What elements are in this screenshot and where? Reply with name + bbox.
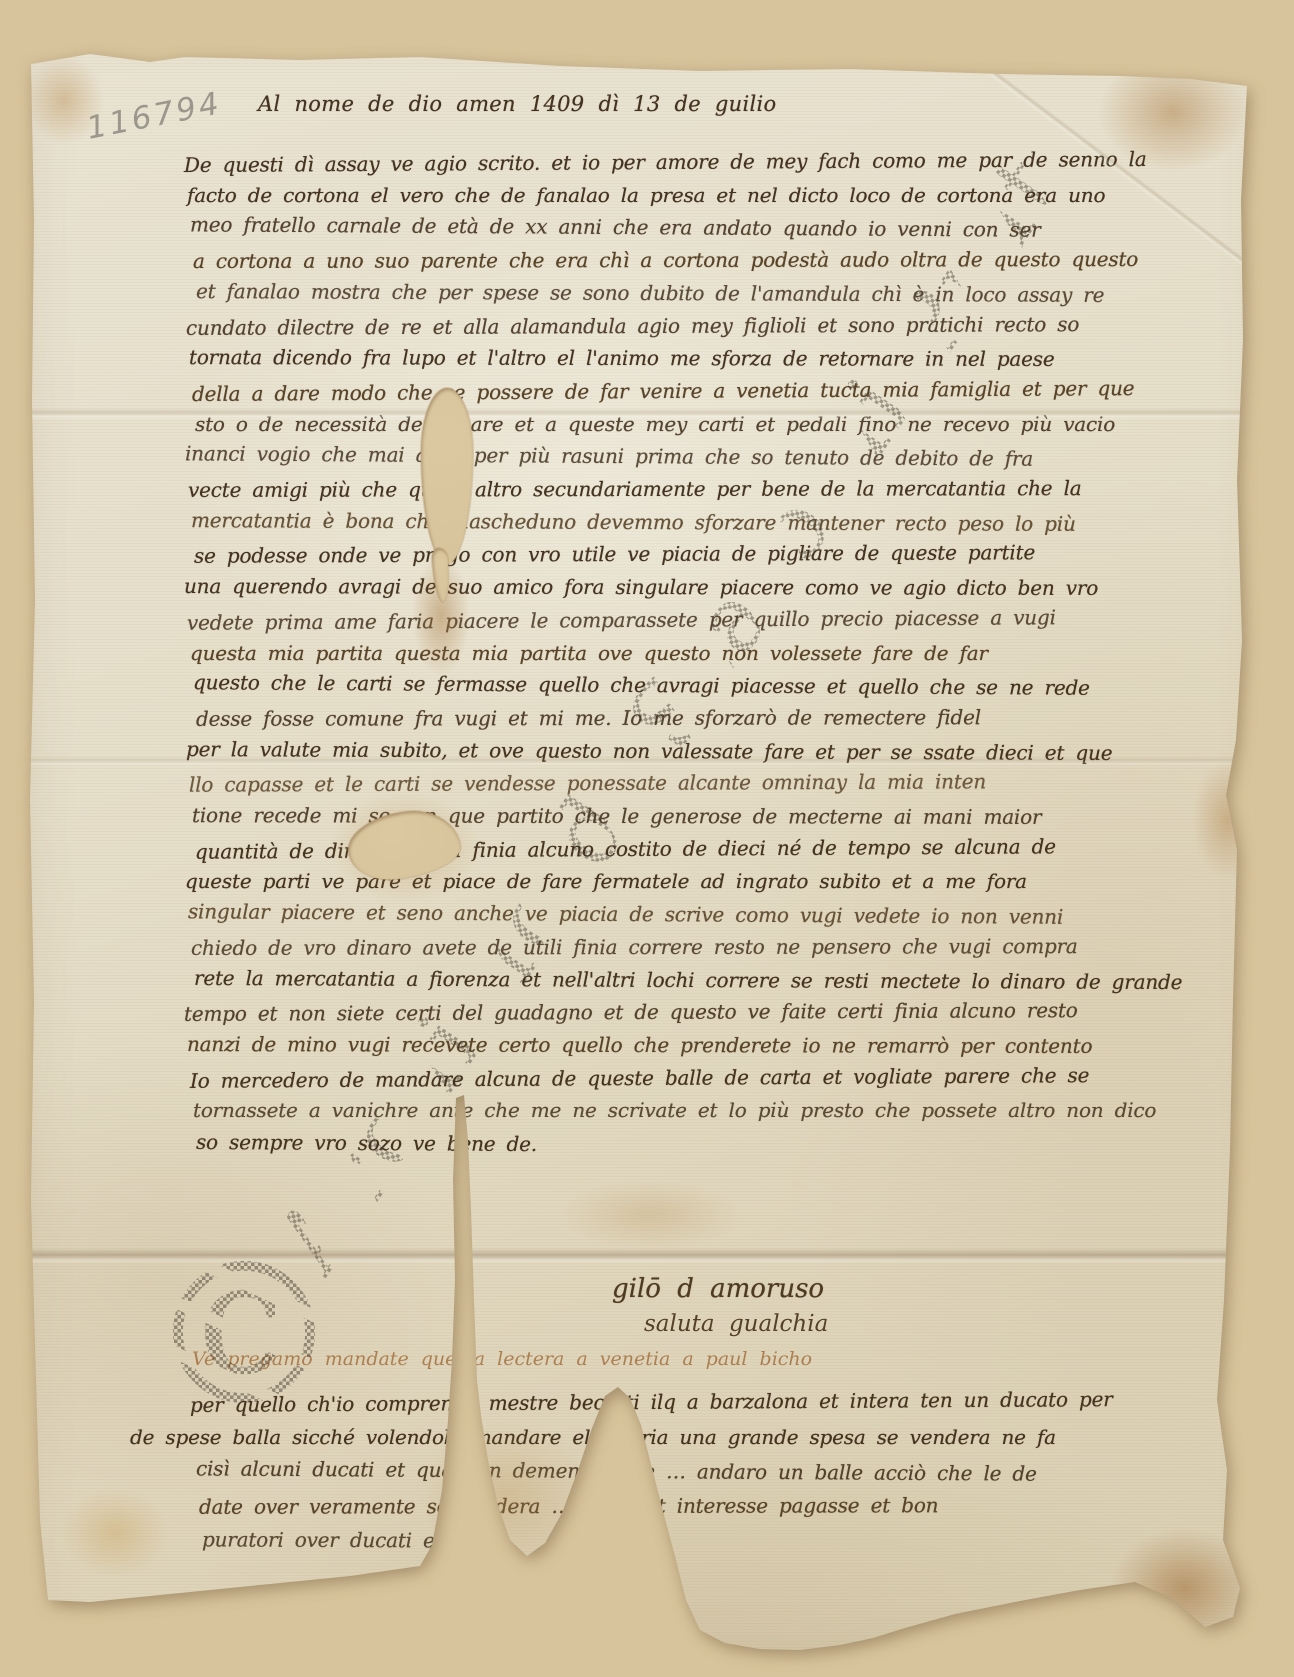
body-text-line: meo fratello carnale de età de xx anni c…	[190, 215, 1041, 240]
body-text-line: se podesse onde ve prego con vro utile v…	[194, 543, 1035, 567]
body-text-line: rete la mercatantia a fiorenza et nell'a…	[194, 967, 1182, 991]
stain-bottom-left	[60, 1488, 170, 1578]
postscript-line: date over veramente se vendera … se … et…	[199, 1495, 938, 1517]
body-text-line: della a dare modo che se possere de far …	[192, 378, 1134, 404]
body-text-line: vedete prima ame faria piacere le compar…	[187, 607, 1056, 632]
body-text-line: chiedo de vro dinaro avete de utili fini…	[191, 936, 1078, 958]
body-text-line: singular piacere et seno anche ve piacia…	[188, 901, 1063, 926]
body-text-line: inanci vogio che mai altro per più rasun…	[185, 444, 1033, 469]
paper-sheet: 116794 Al nome de dio amen 1409 dì 13 de…	[0, 0, 1294, 1677]
postscript-line: puratori over ducati et qua	[202, 1530, 491, 1551]
body-text-line: Io mercedero de mandare alcuna de queste…	[190, 1065, 1089, 1091]
archive-number-pencil: 116794	[84, 85, 225, 146]
body-text-line: sto o de necessità de denare et a queste…	[195, 414, 1115, 434]
stain-bottom-right-corner	[1110, 1528, 1260, 1648]
stain-right-edge	[1192, 760, 1262, 880]
body-text-line: desse fosse comune fra vugi et mi me. Io…	[196, 707, 981, 729]
paper-shadow-wrapper: 116794 Al nome de dio amen 1409 dì 13 de…	[0, 0, 1294, 1677]
body-text-line: mercatantia è bona che ciascheduno devem…	[191, 510, 1076, 534]
body-text-line: tempo et non siete certi del guadagno et…	[184, 1000, 1078, 1024]
postscript-line: cisì alcuni ducati et qua non demeno io …	[196, 1459, 1037, 1484]
heading-dateline: Al nome de dio amen 1409 dì 13 de guilio	[258, 92, 776, 116]
scanned-letter-background: 116794 Al nome de dio amen 1409 dì 13 de…	[0, 0, 1294, 1677]
body-text-line: questa mia partita questa mia partita ov…	[190, 643, 988, 663]
body-text-line: tornassete a vanichre ante che me ne scr…	[193, 1100, 1156, 1120]
stain-above-signature	[560, 1180, 740, 1250]
body-text-line: vecte amigi più che quillo altro secunda…	[188, 478, 1082, 500]
paper-hole-teardrop	[421, 388, 473, 564]
signature-salutation-line: saluta gualchia	[644, 1311, 828, 1337]
signature-name-line: gilō d amoruso	[612, 1274, 824, 1304]
body-text-line: una querendo avragi de suo amico fora si…	[184, 576, 1098, 598]
body-text-line: nanzi de mino vugi recevete certo quello…	[187, 1034, 1092, 1056]
